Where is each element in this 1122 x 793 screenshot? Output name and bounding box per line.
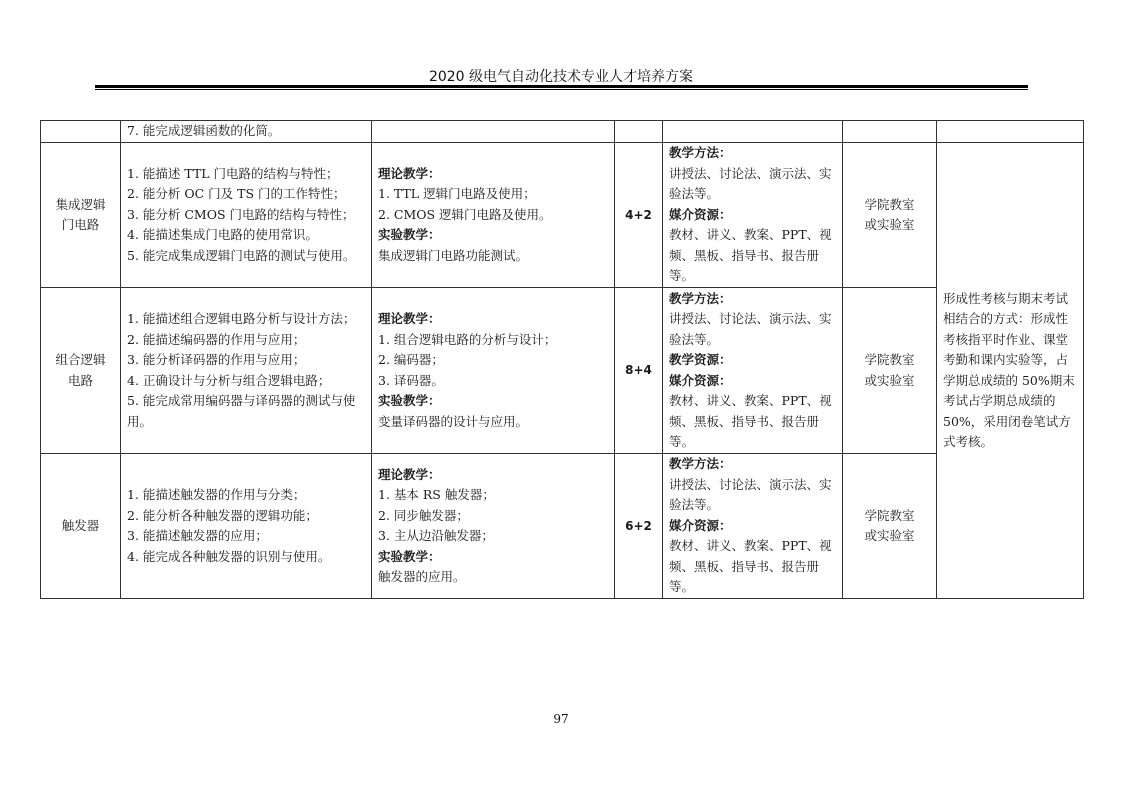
method-text: 讲授法、讨论法、演示法、实验法等。 — [669, 164, 836, 205]
cell-methods: 教学方法： 讲授法、讨论法、演示法、实验法等。 媒介资源： 教材、讲义、教案、P… — [663, 454, 843, 599]
cell-objectives: 1. 能描述触发器的作用与分类； 2. 能分析各种触发器的逻辑功能； 3. 能描… — [121, 454, 372, 599]
course-content-table: 7. 能完成逻辑函数的化简。 集成逻辑 门电路 1. 能描述 TTL 门电路的结… — [40, 120, 1084, 599]
cell-place: 学院教室 或实验室 — [843, 288, 937, 454]
theory-item: 3. 译码器。 — [378, 371, 608, 392]
method-label: 教学方法： — [669, 143, 836, 164]
cell-methods: 教学方法： 讲授法、讨论法、演示法、实验法等。 教学资源： 媒介资源： 教材、讲… — [663, 288, 843, 454]
objective-item: 1. 能描述 TTL 门电路的结构与特性； — [127, 164, 365, 185]
method-label: 教学方法： — [669, 289, 836, 310]
cell-methods: 教学方法： 讲授法、讨论法、演示法、实验法等。 媒介资源： 教材、讲义、教案、P… — [663, 143, 843, 288]
method-label: 教学方法： — [669, 454, 836, 475]
place-line: 或实验室 — [849, 215, 930, 236]
header-rule-thin — [95, 89, 1028, 90]
resource-text: 教材、讲义、教案、PPT、视频、黑板、指导书、报告册等。 — [669, 225, 836, 287]
lab-item: 集成逻辑门电路功能测试。 — [378, 246, 608, 267]
objective-item: 4. 能完成各种触发器的识别与使用。 — [127, 547, 365, 568]
objective-item: 2. 能分析各种触发器的逻辑功能； — [127, 506, 365, 527]
cell-objectives: 1. 能描述组合逻辑电路分析与设计方法； 2. 能描述编码器的作用与应用； 3.… — [121, 288, 372, 454]
cell-place: 学院教室 或实验室 — [843, 454, 937, 599]
table-row: 组合逻辑 电路 1. 能描述组合逻辑电路分析与设计方法； 2. 能描述编码器的作… — [41, 288, 1084, 454]
cell-hours: 8+4 — [615, 288, 663, 454]
cell-place — [843, 121, 937, 143]
objective-item: 2. 能分析 OC 门及 TS 门的工作特性； — [127, 184, 365, 205]
cell-topic — [41, 121, 121, 143]
resource-label: 媒介资源： — [669, 371, 836, 392]
topic-line: 门电路 — [45, 215, 116, 236]
cell-assessment: 形成性考核与期末考试相结合的方式：形成性考核指平时作业、课堂考勤和课内实验等，占… — [937, 143, 1084, 599]
theory-item: 3. 主从边沿触发器； — [378, 526, 608, 547]
place-line: 学院教室 — [849, 506, 930, 527]
cell-objective: 7. 能完成逻辑函数的化简。 — [121, 121, 372, 143]
theory-item: 2. 同步触发器； — [378, 506, 608, 527]
cell-methods — [663, 121, 843, 143]
objective-item: 2. 能描述编码器的作用与应用； — [127, 330, 365, 351]
table-row-continuation: 7. 能完成逻辑函数的化简。 — [41, 121, 1084, 143]
theory-item: 2. 编码器； — [378, 350, 608, 371]
theory-item: 1. 组合逻辑电路的分析与设计； — [378, 330, 608, 351]
theory-item: 1. 基本 RS 触发器； — [378, 485, 608, 506]
resource-text: 教材、讲义、教案、PPT、视频、黑板、指导书、报告册等。 — [669, 391, 836, 453]
cell-hours: 4+2 — [615, 143, 663, 288]
topic-line: 触发器 — [45, 516, 116, 537]
objective-item: 4. 能描述集成门电路的使用常识。 — [127, 225, 365, 246]
resource-text: 教材、讲义、教案、PPT、视频、黑板、指导书、报告册等。 — [669, 536, 836, 598]
objective-item: 4. 正确设计与分析与组合逻辑电路； — [127, 371, 365, 392]
place-line: 学院教室 — [849, 350, 930, 371]
lab-label: 实验教学： — [378, 391, 608, 412]
objective-item: 3. 能描述触发器的应用； — [127, 526, 365, 547]
cell-topic: 组合逻辑 电路 — [41, 288, 121, 454]
theory-label: 理论教学： — [378, 309, 608, 330]
table-row: 集成逻辑 门电路 1. 能描述 TTL 门电路的结构与特性； 2. 能分析 OC… — [41, 143, 1084, 288]
resource-label: 媒介资源： — [669, 516, 836, 537]
cell-place: 学院教室 或实验室 — [843, 143, 937, 288]
place-line: 学院教室 — [849, 195, 930, 216]
resource-label: 媒介资源： — [669, 205, 836, 226]
lab-label: 实验教学： — [378, 225, 608, 246]
theory-item: 1. TTL 逻辑门电路及使用； — [378, 184, 608, 205]
page-number: 97 — [0, 712, 1122, 726]
objective-item: 1. 能描述触发器的作用与分类； — [127, 485, 365, 506]
objective-item: 5. 能完成集成逻辑门电路的测试与使用。 — [127, 246, 365, 267]
cell-content: 理论教学： 1. TTL 逻辑门电路及使用； 2. CMOS 逻辑门电路及使用。… — [372, 143, 615, 288]
header-rule — [95, 85, 1028, 88]
cell-content: 理论教学： 1. 组合逻辑电路的分析与设计； 2. 编码器； 3. 译码器。 实… — [372, 288, 615, 454]
lab-label: 实验教学： — [378, 547, 608, 568]
teaching-resource-label: 教学资源： — [669, 350, 836, 371]
lab-item: 触发器的应用。 — [378, 567, 608, 588]
cell-objectives: 1. 能描述 TTL 门电路的结构与特性； 2. 能分析 OC 门及 TS 门的… — [121, 143, 372, 288]
place-line: 或实验室 — [849, 371, 930, 392]
document-header-title: 2020 级电气自动化技术专业人才培养方案 — [0, 66, 1122, 86]
method-text: 讲授法、讨论法、演示法、实验法等。 — [669, 475, 836, 516]
cell-content — [372, 121, 615, 143]
objective-item: 3. 能分析 CMOS 门电路的结构与特性； — [127, 205, 365, 226]
theory-label: 理论教学： — [378, 164, 608, 185]
cell-hours: 6+2 — [615, 454, 663, 599]
cell-topic: 触发器 — [41, 454, 121, 599]
cell-topic: 集成逻辑 门电路 — [41, 143, 121, 288]
cell-hours — [615, 121, 663, 143]
topic-line: 电路 — [45, 371, 116, 392]
theory-label: 理论教学： — [378, 465, 608, 486]
cell-assessment — [937, 121, 1084, 143]
cell-content: 理论教学： 1. 基本 RS 触发器； 2. 同步触发器； 3. 主从边沿触发器… — [372, 454, 615, 599]
objective-item: 5. 能完成常用编码器与译码器的测试与使用。 — [127, 391, 365, 432]
method-text: 讲授法、讨论法、演示法、实验法等。 — [669, 309, 836, 350]
place-line: 或实验室 — [849, 526, 930, 547]
topic-line: 集成逻辑 — [45, 195, 116, 216]
lab-item: 变量译码器的设计与应用。 — [378, 412, 608, 433]
objective-item: 3. 能分析译码器的作用与应用； — [127, 350, 365, 371]
theory-item: 2. CMOS 逻辑门电路及使用。 — [378, 205, 608, 226]
table-row: 触发器 1. 能描述触发器的作用与分类； 2. 能分析各种触发器的逻辑功能； 3… — [41, 454, 1084, 599]
topic-line: 组合逻辑 — [45, 350, 116, 371]
objective-item: 1. 能描述组合逻辑电路分析与设计方法； — [127, 309, 365, 330]
